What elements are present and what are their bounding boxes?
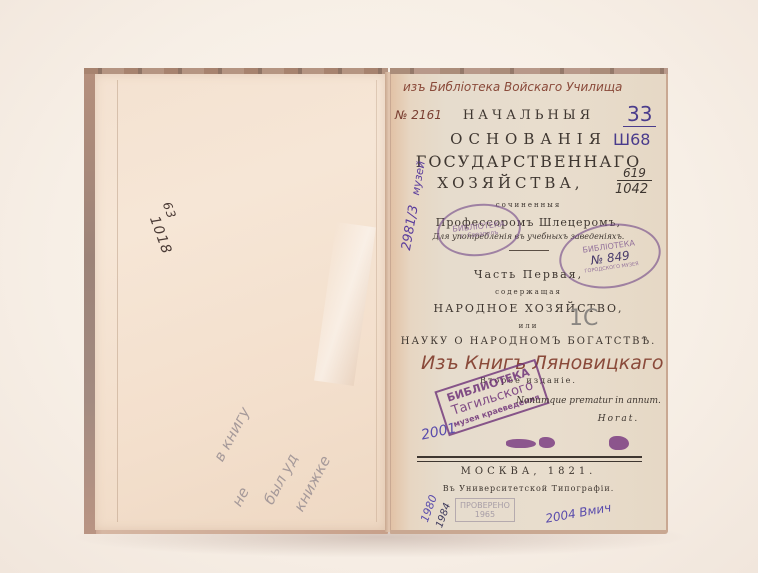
ink-blot-3: [609, 436, 629, 450]
handwritten-library-inscription: изъ Библіотека Войскаго Училища: [403, 80, 622, 94]
stamp-faint-line-2: 1965: [460, 510, 510, 519]
handwritten-fraction-top: 619: [617, 166, 652, 181]
city-year: МОСКВА, 1821.: [391, 466, 666, 477]
handwritten-fraction-bottom: 1042: [615, 182, 648, 197]
title-line-12: НАУКУ О НАРОДНОМЪ БОГАТСТВѢ.: [391, 336, 666, 347]
handwritten-shelf-top: 33: [623, 102, 656, 127]
ink-blot-2: [539, 437, 555, 448]
title-line-9: содержащая: [391, 288, 666, 296]
pencil-mark: 1С: [569, 306, 598, 331]
handwritten-from-books: Изъ Книгъ Ляновицкаго: [421, 352, 663, 374]
handwritten-num-left: 2001: [420, 420, 458, 443]
title-line-11: или: [391, 322, 666, 330]
title-line-10: НАРОДНОЕ ХОЗЯЙСТВО,: [391, 302, 666, 315]
handwritten-year-2: 1984: [434, 502, 453, 530]
flyleaf-page: 63 1018 в книгу не был уд книжке: [95, 74, 385, 530]
stamp-faint-line-1: ПРОВЕРЕНО: [460, 501, 510, 510]
title-line-5: сочиненныя: [391, 201, 666, 209]
printer-line: Въ Университетской Типографіи.: [391, 484, 666, 493]
handwritten-shelf-bottom: Ш68: [613, 130, 650, 149]
stamp-faint-bottom: ПРОВЕРЕНО 1965: [455, 498, 515, 522]
title-divider-1: [509, 250, 549, 251]
title-line-8: Часть Первая,: [391, 268, 666, 281]
title-double-rule: [417, 456, 642, 462]
handwritten-bottom-right: 2004 Вмич: [544, 500, 612, 525]
epigraph: Nonumque prematur in annum.: [451, 396, 726, 406]
ink-blot-1: [506, 439, 536, 448]
title-page: изъ Библіотека Войскаго Училища № 2161 Н…: [391, 74, 666, 530]
epigraph-author: Horat.: [481, 414, 756, 424]
